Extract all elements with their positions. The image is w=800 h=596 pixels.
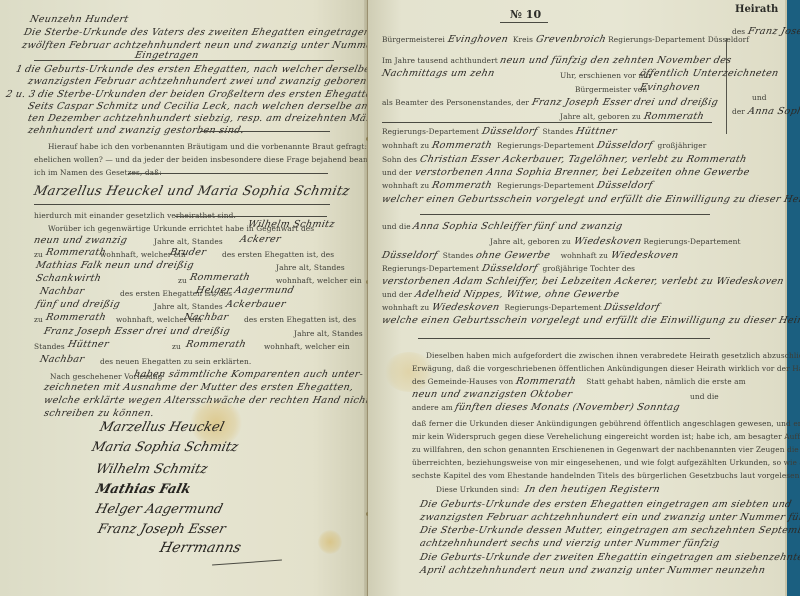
- printed-text: Standes: [34, 341, 65, 352]
- witness-residence: Rommerath: [190, 272, 250, 283]
- signature: Wilhelm Schmitz: [94, 462, 209, 477]
- bride-line: Jahre alt, geboren zu Wiedeskoven Regier…: [490, 236, 741, 247]
- fill-line: [382, 122, 712, 123]
- document-entry: Die Sterbe-Urkunde dessen Mutter, einget…: [420, 525, 800, 536]
- witness-age: neun und zwanzig: [34, 235, 127, 246]
- margin-bride: der Anna Sophia Schleiffer: [732, 106, 800, 117]
- document-entry: Die Geburts-Urkunde der zweiten Ehegatti…: [420, 552, 800, 563]
- fill-line: [128, 173, 328, 174]
- handwritten-text: schreiben zu können.: [44, 408, 154, 419]
- signature: Marzellus Heuckel: [98, 420, 225, 435]
- printed-text: mir kein Widerspruch gegen diese Verehel…: [412, 431, 800, 442]
- printed-text: sechste Kapitel des vom Ehestande handel…: [412, 470, 800, 481]
- printed-text: und die: [690, 391, 719, 402]
- margin-note: Die Sterbe-Urkunde des Vaters des zweite…: [24, 27, 368, 38]
- header-line: Bürgermeisterei Evinghoven Kreis Grevenb…: [382, 34, 749, 45]
- witness-occupation: Schankwirth: [36, 273, 101, 284]
- witness-name: Helger Aagermund: [196, 285, 294, 296]
- announcement-line: des Gemeinde-Hauses von Rommerath Statt …: [412, 376, 746, 387]
- printed-text: Bürgermeister von: [575, 84, 647, 95]
- printed-text: Jahre alt, Standes: [276, 262, 345, 273]
- official-signature: Herrmanns: [158, 540, 243, 556]
- handwritten-text: welche erklärte wegen Altersschwäche der…: [44, 395, 368, 406]
- document-entry: April achtzehnhundert neun und zwanzig u…: [420, 565, 765, 576]
- announcement-line: neun und zwanzigsten Oktober: [412, 389, 572, 400]
- witness-name: Mathias Falk neun und dreißig: [36, 260, 194, 271]
- groom-line: wohnhaft zu Rommerath Regierungs-Departe…: [382, 140, 706, 151]
- witness-relation: Bruder: [170, 247, 206, 258]
- handwritten-text: haben sämmtliche Komparenten auch unter-: [134, 369, 363, 380]
- printed-text: zu willfahren, den schon genannten Ersch…: [412, 444, 800, 455]
- printed-text: Hierauf habe ich den vorbenannten Bräuti…: [48, 141, 368, 152]
- numbered-note: 2 u. 3 die Sterbe-Urkunden der beiden Gr…: [6, 89, 368, 100]
- groom-line: Sohn des Christian Esser Ackerbauer, Tag…: [382, 154, 746, 165]
- witness-occupation: Hüttner: [68, 339, 109, 350]
- printed-text: zu: [34, 314, 43, 325]
- printed-text: Dieselben haben mich aufgefordert die zw…: [426, 350, 800, 361]
- bride-line: wohnhaft zu Wiedeskoven Regierungs-Depar…: [382, 302, 660, 313]
- announcement-line: andere am fünften dieses Monats (Novembe…: [412, 402, 680, 413]
- signature: Mathias Falk: [94, 482, 192, 497]
- divider: [200, 131, 330, 132]
- witness-occupation: Ackerer: [240, 234, 281, 245]
- witness-residence: Rommerath: [46, 247, 106, 258]
- documents-line: Diese Urkunden sind: In den heutigen Reg…: [436, 484, 659, 495]
- printed-text: Uhr, erschienen vor mir: [560, 70, 652, 81]
- divider: [500, 22, 548, 23]
- bride-line: und die Anna Sophia Schleiffer fünf und …: [382, 221, 623, 232]
- bride-line: verstorbenen Adam Schleiffer, bei Lebzei…: [382, 276, 784, 287]
- register-book-spread: Neunzehn Hundert Die Sterbe-Urkunde des …: [0, 0, 787, 596]
- numbered-note: Seits Caspar Schmitz und Cecilia Leck, n…: [28, 101, 368, 112]
- witness-relation: Nachbar: [40, 286, 84, 297]
- fill-line: [34, 204, 330, 205]
- margin-note: Neunzehn Hundert: [30, 14, 128, 25]
- bride-line: Düsseldorf Standes ohne Gewerbe wohnhaft…: [382, 250, 678, 261]
- bride-line: welche einen Geburtsschein vorgelegt und…: [382, 315, 800, 326]
- bride-line: und der Adelheid Nippes, Witwe, ohne Gew…: [382, 289, 619, 300]
- couple-names: Marzellus Heuckel und Maria Sophia Schmi…: [34, 186, 350, 198]
- groom-line: und der verstorbenen Anna Sophia Brenner…: [382, 167, 749, 178]
- handwritten-text: Evinghoven: [640, 82, 700, 93]
- printed-text: des ersten Ehegatten ist, des: [244, 314, 356, 325]
- printed-text: wohnhaft, welcher ein: [264, 341, 350, 352]
- water-stain: [318, 530, 342, 554]
- margin-and: und: [752, 92, 767, 103]
- printed-text: zu: [34, 249, 43, 260]
- numbered-note: zwanzigsten Februar achtzehnhundert zwei…: [28, 76, 368, 87]
- printed-text: zu: [172, 341, 181, 352]
- numbered-note: ten Dezember achtzehnhundert siebzig, re…: [28, 113, 368, 124]
- numbered-note: 1 die Geburts-Urkunde des ersten Ehegatt…: [16, 64, 368, 75]
- document-entry: Die Geburts-Urkunde des ersten Ehegatten…: [420, 499, 792, 510]
- intro-line: als Beamter des Personenstandes, der Fra…: [382, 97, 718, 108]
- margin-divider: [726, 38, 727, 134]
- signature-flourish: [212, 560, 282, 566]
- margin-title: Heirath: [735, 4, 778, 15]
- intro-line: Nachmittags um zehn: [382, 68, 495, 79]
- witness-residence: Rommerath: [186, 339, 246, 350]
- witness-relation: Nachbar: [40, 354, 84, 365]
- fill-line: [175, 216, 327, 217]
- handwritten-text: zeichneten mit Ausnahme der Mutter des e…: [44, 382, 353, 393]
- printed-text: Jahre alt, Standes: [154, 301, 223, 312]
- handwritten-text: öffentlich Unterzeichneten: [640, 68, 778, 79]
- divider: [420, 214, 710, 215]
- printed-text: überreichten, beziehungsweise von mir ei…: [412, 457, 800, 468]
- intro-line: Im Jahre tausend achthundert neun und fü…: [382, 55, 732, 66]
- witness-relation: Nachbar: [184, 312, 228, 323]
- printed-text: ehelichen wollen? — und da jeder der bei…: [34, 154, 368, 165]
- signature: Franz Joseph Esser: [96, 522, 227, 537]
- groom-line: wohnhaft zu Rommerath Regierungs-Departe…: [382, 180, 652, 191]
- printed-text: Jahre alt, Standes: [154, 236, 223, 247]
- intro-line: Jahre alt, geboren zu Rommerath: [560, 111, 703, 122]
- groom-line: welcher einen Geburtsschein vorgelegt un…: [382, 194, 800, 205]
- printed-text: daß ferner die Urkunden dieser Ankündigu…: [412, 418, 800, 429]
- groom-line: Regierungs-Departement Düsseldorf Stande…: [382, 126, 617, 137]
- bride-line: Regierungs-Departement Düsseldorf großjä…: [382, 263, 635, 274]
- printed-text: des neuen Ehegatten zu sein erklärten.: [100, 356, 251, 367]
- margin-note: Eingetragen: [135, 50, 199, 61]
- witness-age: fünf und dreißig: [36, 299, 120, 310]
- record-number: № 10: [510, 8, 541, 21]
- printed-text: des ersten Ehegatten ist, des: [222, 249, 334, 260]
- printed-text: Jahre alt, Standes: [294, 328, 363, 339]
- printed-text: Erwägung, daß die vorgeschriebenen öffen…: [412, 363, 800, 374]
- divider: [418, 338, 710, 339]
- witness-name: Wilhelm Schmitz: [248, 219, 335, 230]
- document-entry: zwanzigsten Februar achtzehnhundert ein …: [420, 512, 800, 523]
- printed-text: zu: [178, 275, 187, 286]
- left-page: Neunzehn Hundert Die Sterbe-Urkunde des …: [0, 0, 368, 596]
- signature: Helger Aagermund: [94, 502, 224, 517]
- witness-name: Franz Joseph Esser drei und dreißig: [44, 326, 230, 337]
- witness-occupation: Ackerbauer: [226, 299, 286, 310]
- witness-residence: Rommerath: [46, 312, 106, 323]
- document-entry: achtzehnhundert sechs und vierzig unter …: [420, 538, 719, 549]
- signature: Maria Sophia Schmitz: [90, 440, 240, 455]
